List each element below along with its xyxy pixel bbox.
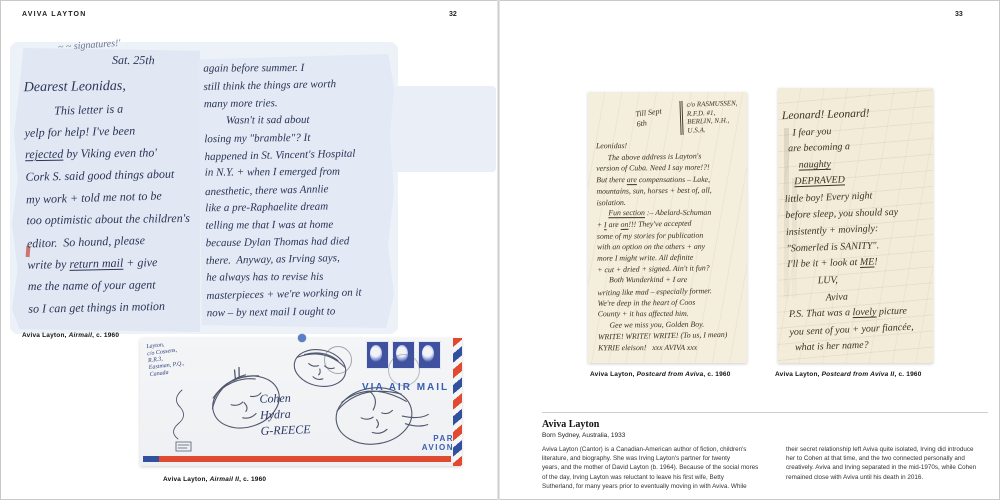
text-line: many more tries. xyxy=(204,94,388,114)
caption-date: , c. 1960 xyxy=(92,332,119,339)
book-spread: AVIVA LAYTON 32 33 ~ ~ signatures!' Sat.… xyxy=(0,0,1000,500)
bio-born: Born Sydney, Australia, 1933 xyxy=(542,432,625,439)
postcard1-date-note: Till Sept6th xyxy=(635,106,664,129)
text-line: remained close with Aviva until his deat… xyxy=(786,473,986,482)
caption-date: , c. 1960 xyxy=(703,371,730,378)
text-line: R.F.D. #1, xyxy=(687,107,738,118)
postmark xyxy=(324,346,352,374)
caption-airmail: Aviva Layton, Airmail, c. 1960 xyxy=(22,332,119,339)
postcard-1: Till Sept6th c/o RASMUSSEN,R.F.D. #1,BER… xyxy=(588,92,747,363)
postage-stamp xyxy=(418,341,441,369)
caption-artist: Aviva Layton, xyxy=(775,371,822,378)
text-line: creatively. Aviva and Irving separated i… xyxy=(786,463,986,472)
text-line: like a pre-Raphaelite dream xyxy=(205,198,389,218)
text-line: years, and the mother of David Layton (b… xyxy=(542,463,770,472)
text-line: Hydra xyxy=(260,405,311,423)
text-line: AVION xyxy=(140,443,454,452)
letter-column-1: Dearest Leonidas, This letter is ayelp f… xyxy=(23,74,200,320)
page-gutter xyxy=(497,0,500,500)
bio-divider xyxy=(542,412,988,413)
postcard1-body: Leonidas! The above address is Layton'sv… xyxy=(596,139,744,353)
text-line: PAR xyxy=(140,434,454,443)
text-line: now – by next mail I ought to xyxy=(207,302,391,322)
text-line: Cohen xyxy=(259,389,309,406)
letter-column-2: again before summer. Istill think the th… xyxy=(203,59,391,323)
caption-postcard-2: Aviva Layton, Postcard from Aviva II, c.… xyxy=(775,371,922,378)
caption-title: Airmail xyxy=(69,332,92,339)
caption-artist: Aviva Layton, xyxy=(22,332,69,339)
text-line: County + it has affected him. xyxy=(598,308,744,320)
postcard-2: Leonard! Leonard! I fear you are becomin… xyxy=(778,88,933,363)
caption-title: Postcard from Aviva II xyxy=(822,371,895,378)
envelope-address: CohenHydraG-REECE xyxy=(259,389,311,439)
text-line: But there are compensations – Lake, xyxy=(596,173,742,185)
text-line: with an option on the others + any xyxy=(597,241,743,253)
postage-stamp xyxy=(366,341,389,369)
text-line: write by return mail + give xyxy=(27,250,199,276)
bio-column-2: their secret relationship left Aviva qui… xyxy=(786,445,986,482)
text-line: some of my stories for publication xyxy=(597,229,743,242)
page-number-left: 32 xyxy=(449,11,457,18)
postcard2-body: Leonard! Leonard! I fear you are becomin… xyxy=(782,104,935,358)
text-line: Wasn't it sad about xyxy=(204,112,388,131)
text-line: rejected by Viking even tho' xyxy=(25,141,197,165)
text-line: yelp for help! I've been xyxy=(24,118,196,144)
airmail-bottom-stripe xyxy=(143,456,451,462)
caption-airmail-ii: Aviva Layton, Airmail II, c. 1960 xyxy=(163,476,266,483)
text-line: writing like mad – especially former. xyxy=(597,284,743,298)
text-line: Sutherland, for many years prior to even… xyxy=(542,482,770,491)
text-line: telling me that I was at home xyxy=(205,216,389,235)
bio-column-1: Aviva Layton (Cantor) is a Canadian-Amer… xyxy=(542,445,770,491)
text-line: of the day, Irving Layton was reluctant … xyxy=(542,473,770,482)
airmail-edge-stripes xyxy=(453,338,462,466)
caption-title: Airmail II xyxy=(210,476,239,483)
text-line: U.S.A. xyxy=(687,125,738,135)
envelope: Layton,c/o Cossens,R.R.3,Eastman, P.Q.,C… xyxy=(140,338,462,466)
via-air-mail-label: VIA AIR MAIL xyxy=(362,382,449,393)
letter-date: Sat. 25th xyxy=(112,53,155,68)
caption-artist: Aviva Layton, xyxy=(590,371,637,378)
text-line: their secret relationship left Aviva qui… xyxy=(786,445,986,454)
caption-artist: Aviva Layton, xyxy=(163,476,210,483)
par-avion-label: PARAVION xyxy=(140,434,454,452)
text-line: me the name of your agent xyxy=(28,273,200,297)
page-number-right: 33 xyxy=(955,11,963,18)
caption-date: , c. 1960 xyxy=(894,371,921,378)
caption-postcard-1: Aviva Layton, Postcard from Aviva, c. 19… xyxy=(590,371,731,378)
text-line: KYRIE eleison! xxx AVIVA xxx xyxy=(598,341,744,353)
text-line: so I can get things in motion xyxy=(28,294,200,320)
postcard1-address: c/o RASMUSSEN,R.F.D. #1,BERLIN, N.H.,U.S… xyxy=(679,99,738,135)
text-line: literature, and biography. She was Irvin… xyxy=(542,454,770,463)
bio-name: Aviva Layton xyxy=(542,419,599,430)
caption-title: Postcard from Aviva xyxy=(637,371,704,378)
text-line: version of Cuba. Need I say more!?! xyxy=(596,162,742,175)
text-line: Aviva Layton (Cantor) is a Canadian-Amer… xyxy=(542,445,770,454)
pin-dot xyxy=(298,334,306,342)
caption-date: , c. 1960 xyxy=(239,476,266,483)
running-header: AVIVA LAYTON xyxy=(22,11,86,18)
text-line: 6th xyxy=(636,116,664,129)
text-line: her to Cohen at that time, and the two c… xyxy=(786,454,986,463)
